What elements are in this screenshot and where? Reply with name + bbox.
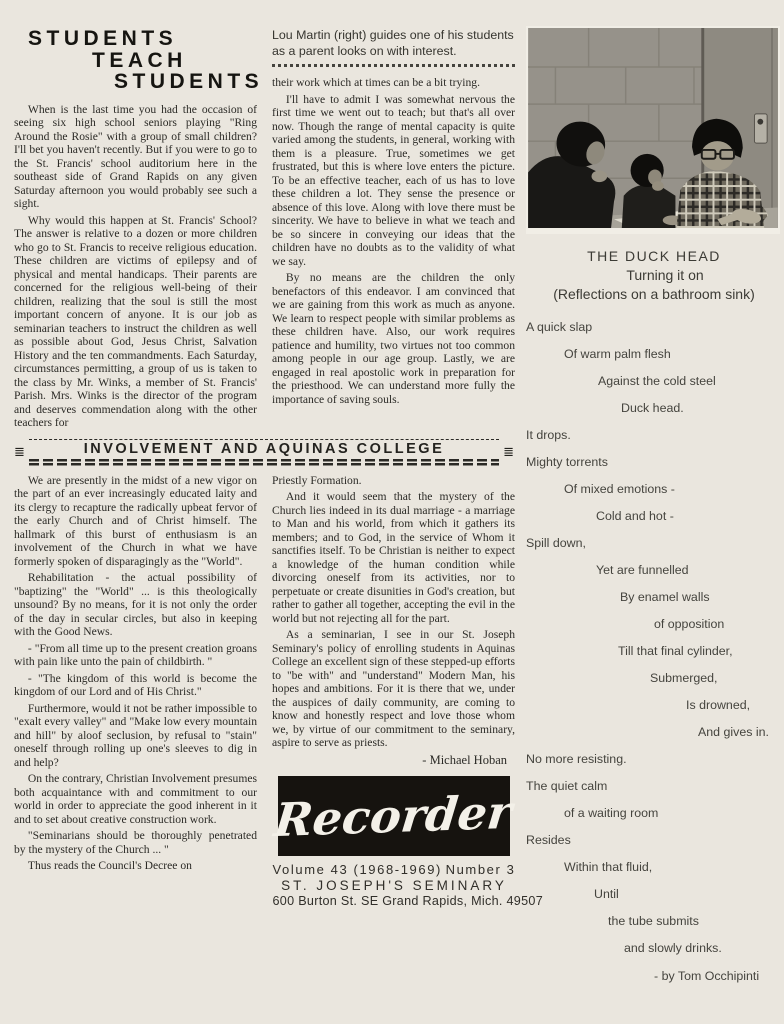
photo-caption: Lou Martin (right) guides one of his stu… [272, 28, 515, 59]
number-label: Number 3 [446, 862, 516, 877]
poem-subtitle: Turning it on [526, 266, 782, 285]
paragraph: Why would this happen at St. Francis' Sc… [14, 214, 257, 430]
poem-title-block: THE DUCK HEAD Turning it on (Reflections… [526, 247, 782, 304]
poem-line: of opposition [654, 611, 782, 638]
article-byline: - Michael Hoban [272, 753, 515, 768]
section-header-rule: INVOLVEMENT AND AQUINAS COLLEGE [29, 439, 499, 466]
poem-line: Spill down, [526, 530, 782, 557]
poem-line: the tube submits [608, 908, 782, 935]
poem-line: Cold and hot - [596, 503, 782, 530]
poem-line: By enamel walls [620, 584, 782, 611]
organization-name: ST. JOSEPH'S SEMINARY [273, 878, 516, 893]
column-2-bottom-text: Priestly Formation. And it would seem th… [272, 474, 515, 750]
paragraph: And it would seem that the mystery of th… [272, 490, 515, 625]
paragraph: I'll have to admit I was somewhat nervou… [272, 93, 515, 269]
poem-line: Submerged, [650, 665, 782, 692]
hash-marks-icon: ≣ [14, 445, 25, 460]
poem-line: Resides [526, 827, 782, 854]
photo-illustration [528, 28, 778, 228]
poem-line: and slowly drinks. [624, 935, 782, 962]
article-column-3: We are presently in the midst of a new v… [14, 474, 257, 908]
poem-line: It drops. [526, 422, 782, 449]
right-column: THE DUCK HEAD Turning it on (Reflections… [526, 26, 782, 1024]
paragraph: - "From all time up to the present creat… [14, 642, 257, 669]
poem-line: Of mixed emotions - [564, 476, 782, 503]
article-area: STUDENTS TEACH STUDENTS When is the last… [14, 26, 516, 1024]
article-column-4: Priestly Formation. And it would seem th… [272, 474, 515, 908]
poem-line: Mighty torrents [526, 449, 782, 476]
poem-line: Against the cold steel [598, 368, 782, 395]
recorder-logo-text: Recorder [272, 784, 515, 846]
dashed-rule-bottom [29, 459, 499, 466]
section-header: ≣ INVOLVEMENT AND AQUINAS COLLEGE ≣ [14, 439, 514, 466]
paragraph: - "The kingdom of this world is become t… [14, 672, 257, 699]
poem-line: Yet are funnelled [596, 557, 782, 584]
hash-marks-icon: ≣ [503, 445, 514, 460]
poem-line: Within that fluid, [564, 854, 782, 881]
poem-line: Till that final cylinder, [618, 638, 782, 665]
section-title: INVOLVEMENT AND AQUINAS COLLEGE [29, 440, 499, 459]
paragraph: As a seminarian, I see in our St. Joseph… [272, 628, 515, 750]
paragraph: When is the last time you had the occasi… [14, 103, 257, 211]
volume-label: Volume 43 (1968-1969) [273, 862, 442, 877]
poem-title: THE DUCK HEAD [526, 247, 782, 266]
column-2-top-text: their work which at times can be a bit t… [272, 76, 515, 406]
address-line: 600 Burton St. SE Grand Rapids, Mich. 49… [273, 894, 516, 908]
column-1-bottom-text: We are presently in the midst of a new v… [14, 474, 257, 873]
poem-line: And gives in. [698, 719, 782, 746]
article-column-1: STUDENTS TEACH STUDENTS When is the last… [14, 26, 257, 433]
newsletter-page: STUDENTS TEACH STUDENTS When is the last… [0, 0, 784, 1024]
paragraph: Furthermore, would it not be rather impo… [14, 702, 257, 770]
poem-line: Is drowned, [686, 692, 782, 719]
photo-students-teaching [526, 26, 780, 234]
door-handle [754, 114, 767, 143]
masthead: Recorder Volume 43 (1968-1969) Number 3 … [278, 776, 510, 908]
poem-line: A quick slap [526, 314, 782, 341]
headline-line: STUDENTS [114, 71, 257, 93]
poem-line: of a waiting room [564, 800, 782, 827]
paragraph: their work which at times can be a bit t… [272, 76, 515, 90]
paragraph: On the contrary, Christian Involvement p… [14, 772, 257, 826]
top-columns: STUDENTS TEACH STUDENTS When is the last… [14, 26, 516, 433]
paragraph: By no means are the children the only be… [272, 271, 515, 406]
dotted-divider [272, 64, 515, 67]
headline: STUDENTS TEACH STUDENTS [14, 28, 257, 93]
poem-byline: - by Tom Occhipinti [654, 962, 782, 990]
paragraph: Priestly Formation. [272, 474, 515, 488]
paragraph: Rehabilitation - the actual possibility … [14, 571, 257, 639]
paragraph: Thus reads the Council's Decree on [14, 859, 257, 873]
column-1-top-text: When is the last time you had the occasi… [14, 103, 257, 430]
poem-line: The quiet calm [526, 773, 782, 800]
paragraph: "Seminarians should be thoroughly penetr… [14, 829, 257, 856]
poem-line: No more resisting. [526, 746, 782, 773]
masthead-meta: Volume 43 (1968-1969) Number 3 ST. JOSEP… [273, 862, 516, 908]
poem-line: Until [594, 881, 782, 908]
bottom-columns: We are presently in the midst of a new v… [14, 474, 516, 908]
headline-line: TEACH [92, 50, 257, 72]
paragraph: We are presently in the midst of a new v… [14, 474, 257, 569]
poem-line: Duck head. [621, 395, 782, 422]
volume-line: Volume 43 (1968-1969) Number 3 [273, 862, 516, 877]
poem-subtitle-2: (Reflections on a bathroom sink) [526, 285, 782, 304]
article-column-2: Lou Martin (right) guides one of his stu… [272, 26, 515, 433]
headline-line: STUDENTS [28, 28, 257, 50]
poem: A quick slap Of warm palm flesh Against … [526, 314, 782, 962]
recorder-logo: Recorder [278, 776, 510, 856]
poem-line: Of warm palm flesh [564, 341, 782, 368]
